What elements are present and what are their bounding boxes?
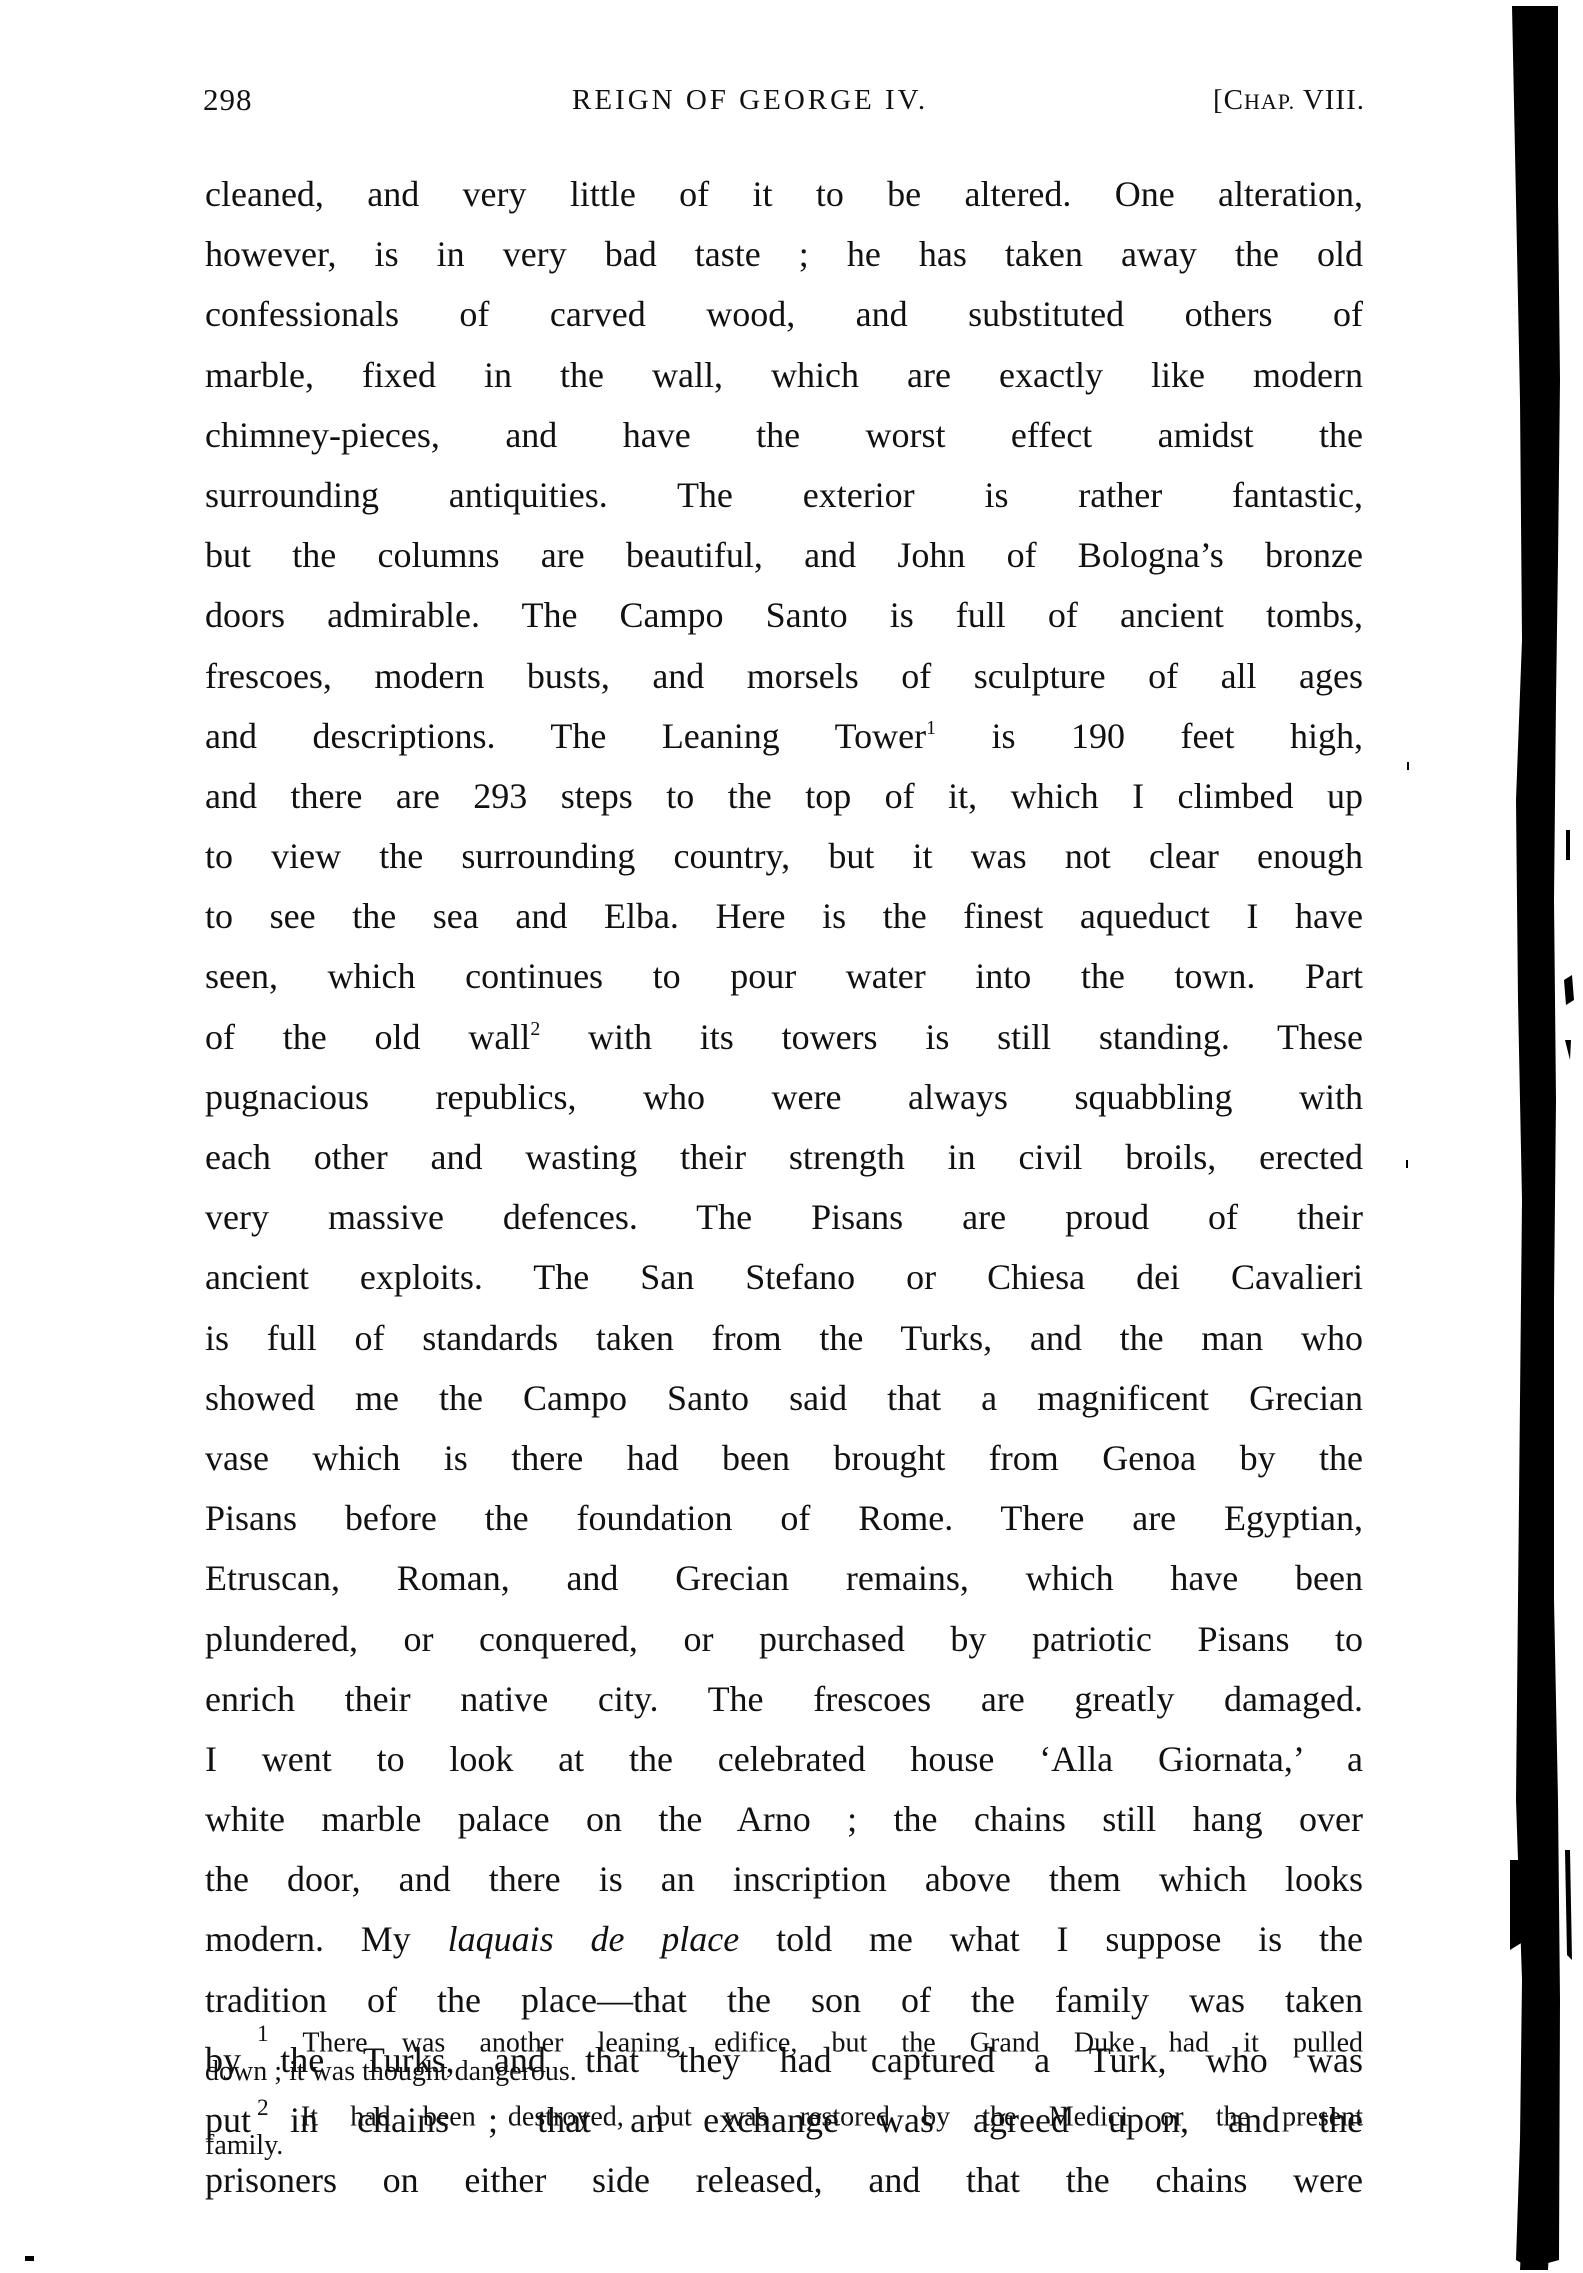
line-text: of the old wall — [205, 1017, 530, 1057]
line-text: told me what I suppose is the — [739, 1919, 1363, 1959]
body-line: each other and wasting their strength in… — [205, 1127, 1363, 1187]
scan-speck — [1406, 1160, 1408, 1168]
body-line: is full of standards taken from the Turk… — [205, 1308, 1363, 1368]
body-line: and there are 293 steps to the top of it… — [205, 766, 1363, 826]
body-line: doors admirable. The Campo Santo is full… — [205, 585, 1363, 645]
body-line: ancient exploits. The San Stefano or Chi… — [205, 1247, 1363, 1307]
footnote-reference[interactable]: 1 — [926, 717, 936, 739]
scan-speck — [1407, 762, 1409, 770]
chapter-bracket: [ — [1213, 84, 1224, 116]
footnote-1-line-2: down ; it was thought dangerous. — [205, 2053, 1363, 2090]
running-title: REIGN OF GEORGE IV. — [572, 78, 928, 122]
body-line: the door, and there is an inscription ab… — [205, 1849, 1363, 1909]
chapter-number: VIII. — [1303, 84, 1365, 116]
body-line: and descriptions. The Leaning Tower1 is … — [205, 706, 1363, 766]
body-line: to see the sea and Elba. Here is the fin… — [205, 886, 1363, 946]
footnote-2-line-1: 2 It had been destroyed, but was restore… — [205, 2090, 1363, 2127]
line-text: is 190 feet high, — [936, 716, 1363, 756]
body-text: cleaned, and very little of it to be alt… — [205, 164, 1363, 2210]
page-number: 298 — [203, 78, 253, 122]
scan-speck — [25, 2256, 34, 2261]
footnote-2-marker: 2 — [257, 2095, 269, 2121]
body-line: of the old wall2 with its towers is stil… — [205, 1007, 1363, 1067]
line-text: and descriptions. The Leaning Tower — [205, 716, 926, 756]
body-line: to view the surrounding country, but it … — [205, 826, 1363, 886]
body-line: marble, fixed in the wall, which are exa… — [205, 345, 1363, 405]
chapter-label-initial: C — [1224, 84, 1244, 116]
chapter-label-smallcaps: HAP. — [1244, 89, 1295, 114]
body-line: plundered, or conquered, or purchased by… — [205, 1609, 1363, 1669]
italic-phrase: laquais de place — [448, 1919, 740, 1959]
body-line: chimney-pieces, and have the worst effec… — [205, 405, 1363, 465]
body-line: confessionals of carved wood, and substi… — [205, 284, 1363, 344]
body-line: I went to look at the celebrated house ‘… — [205, 1729, 1363, 1789]
body-line: very massive defences. The Pisans are pr… — [205, 1187, 1363, 1247]
body-line: frescoes, modern busts, and morsels of s… — [205, 646, 1363, 706]
body-line: Etruscan, Roman, and Grecian remains, wh… — [205, 1548, 1363, 1608]
footnote-1-marker: 1 — [257, 2021, 269, 2047]
scan-edge-shadow — [1480, 0, 1583, 2273]
body-line: modern. My laquais de place told me what… — [205, 1909, 1363, 1969]
footnotes: 1 There was another leaning edifice, but… — [205, 2016, 1363, 2164]
running-head: 298 REIGN OF GEORGE IV. [CHAP. VIII. — [203, 78, 1365, 122]
body-line: but the columns are beautiful, and John … — [205, 525, 1363, 585]
footnote-2-text: It had been destroyed, but was restored … — [301, 2101, 1363, 2132]
body-line: vase which is there had been brought fro… — [205, 1428, 1363, 1488]
footnote-reference[interactable]: 2 — [530, 1018, 540, 1040]
line-text: with its towers is still standing. These — [540, 1017, 1363, 1057]
body-line: white marble palace on the Arno ; the ch… — [205, 1789, 1363, 1849]
body-line: cleaned, and very little of it to be alt… — [205, 164, 1363, 224]
line-text: modern. My — [205, 1919, 448, 1959]
footnote-1-line-1: 1 There was another leaning edifice, but… — [205, 2016, 1363, 2053]
body-line: Pisans before the foundation of Rome. Th… — [205, 1488, 1363, 1548]
body-line: enrich their native city. The frescoes a… — [205, 1669, 1363, 1729]
body-line: showed me the Campo Santo said that a ma… — [205, 1368, 1363, 1428]
body-line: pugnacious republics, who were always sq… — [205, 1067, 1363, 1127]
body-line: seen, which continues to pour water into… — [205, 946, 1363, 1006]
body-line: however, is in very bad taste ; he has t… — [205, 224, 1363, 284]
chapter-reference: [CHAP. VIII. — [1213, 78, 1365, 124]
book-page: 298 REIGN OF GEORGE IV. [CHAP. VIII. cle… — [0, 0, 1583, 2273]
body-line: surrounding antiquities. The exterior is… — [205, 465, 1363, 525]
footnote-2-line-2: family. — [205, 2127, 1363, 2164]
